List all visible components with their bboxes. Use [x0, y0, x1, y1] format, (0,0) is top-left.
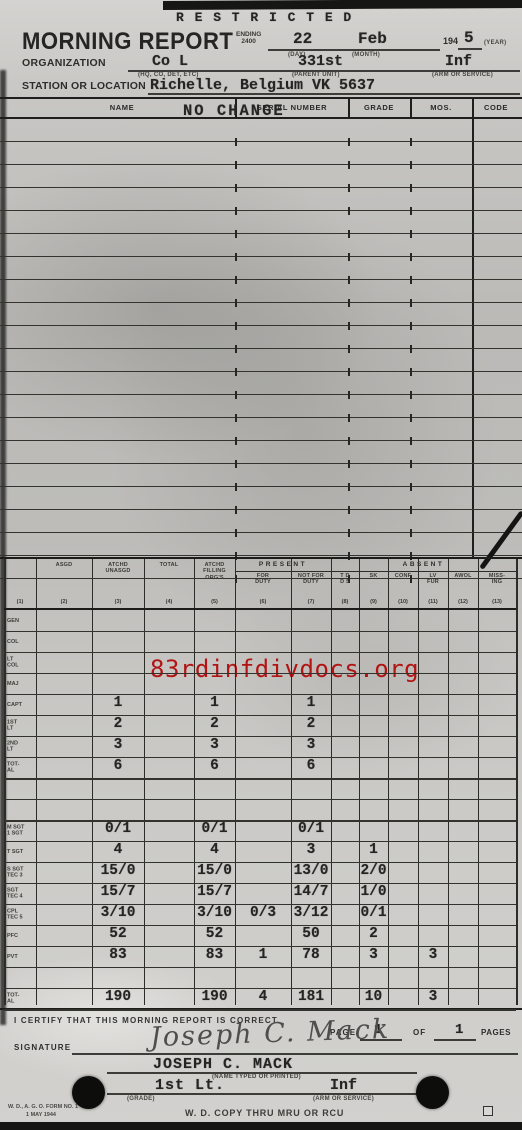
stats-column-label: T D D S [331, 573, 359, 586]
stats-cell-value: 1 [359, 842, 388, 859]
stats-cell-value: 2 [359, 926, 388, 943]
name-table-row [0, 142, 522, 165]
stats-cell-value: 3 [92, 737, 144, 754]
stats-cell-value: 78 [291, 947, 331, 964]
name-table-row [0, 464, 522, 487]
stats-row: PVT838317833 [4, 946, 516, 968]
stats-cell-value: 2 [92, 716, 144, 733]
stats-cell-value: 6 [194, 758, 235, 775]
col-header-grade: GRADE [364, 103, 394, 112]
stats-cell-value: 83 [92, 947, 144, 964]
stats-cell-value: 181 [291, 989, 331, 1006]
stats-row: GEN [4, 610, 516, 632]
stats-cell-value: 4 [235, 989, 291, 1006]
punch-hole-right [416, 1076, 449, 1109]
name-roster-table: NAME SERIAL NUMBER GRADE MOS. CODE [0, 97, 522, 579]
stats-row-label: M SGT 1 SGT [5, 824, 38, 837]
stats-cell-value: 52 [194, 926, 235, 943]
stats-cell-value: 190 [194, 989, 235, 1006]
stats-cell-value: 4 [92, 842, 144, 859]
morning-report-scan: R E S T R I C T E D MORNING REPORT ENDIN… [0, 0, 522, 1130]
stats-column-label: FOR DUTY [235, 573, 291, 586]
stats-column-label: ASGD [36, 562, 92, 568]
stats-cell-value: 50 [291, 926, 331, 943]
stats-column-label: AWOL [448, 573, 478, 579]
form-number-block: W. D., A. G. O. FORM NO. 1 1 MAY 1944 [8, 1103, 78, 1120]
stats-row: COL [4, 631, 516, 653]
stats-row-label: T SGT [5, 848, 38, 854]
stats-cell-value: 3 [359, 947, 388, 964]
column-divider [410, 99, 412, 117]
scan-top-edge [163, 0, 522, 10]
form-date: 1 MAY 1944 [8, 1111, 78, 1119]
year-rule [458, 48, 482, 50]
stats-row: LT COL [4, 652, 516, 674]
stats-cell-value: 52 [92, 926, 144, 943]
name-table-row [0, 533, 522, 556]
name-table-row [0, 441, 522, 464]
stats-column-number: (2) [36, 599, 92, 605]
organization-label: ORGANIZATION [22, 57, 106, 69]
name-table-row [0, 119, 522, 142]
name-table-row [0, 280, 522, 303]
stats-cell-value: 6 [291, 758, 331, 775]
col-header-mos: MOS. [430, 103, 452, 112]
stats-column-label: MISS- ING [478, 573, 516, 586]
year-label: (YEAR) [484, 40, 506, 46]
stats-row-label: GEN [5, 617, 38, 623]
stats-column-number: (6) [235, 599, 291, 605]
stats-column-label: TOTAL [144, 562, 194, 568]
name-table-row [0, 372, 522, 395]
station-label: STATION OR LOCATION [22, 80, 146, 92]
name-typed-label: (NAME TYPED OR PRINTED) [212, 1074, 301, 1080]
stats-row [4, 967, 516, 989]
registration-square [483, 1106, 493, 1116]
stats-cell-value: 3 [194, 737, 235, 754]
stats-row: S SGT TEC 315/015/013/02/0 [4, 862, 516, 884]
stats-cell-value: 0/1 [359, 905, 388, 922]
stats-row-label: CPL TEC 5 [5, 908, 38, 921]
stats-cell-value: 4 [194, 842, 235, 859]
stats-row: T SGT4431 [4, 841, 516, 863]
stats-row: TOT- AL1901904181103 [4, 988, 516, 1011]
stats-cell-value: 15/7 [194, 884, 235, 901]
col-header-code: CODE [484, 103, 508, 112]
name-table-row [0, 510, 522, 533]
stats-row-label: PVT [5, 953, 38, 959]
report-year-digit: 5 [464, 29, 474, 47]
stats-cell-value: 1 [194, 695, 235, 712]
stats-column-label: ATCHD UNASGD [92, 562, 144, 575]
stats-column-number: (10) [388, 599, 418, 605]
name-table-row [0, 349, 522, 372]
stats-cell-value: 3/10 [92, 905, 144, 922]
pages-number: 1 [455, 1022, 463, 1038]
stats-column-number: (3) [92, 599, 144, 605]
stats-cell-value: 83 [194, 947, 235, 964]
stats-cell-value: 6 [92, 758, 144, 775]
stats-column-number: (7) [291, 599, 331, 605]
footer-arm-label: (ARM OR SERVICE) [313, 1096, 374, 1102]
stats-column-label: ATCHD FILLING ORG'S [194, 562, 235, 581]
name-table-row [0, 418, 522, 441]
column-divider [348, 99, 350, 117]
year-prefix: 194 [443, 36, 458, 46]
stats-cell-value: 0/1 [291, 821, 331, 838]
stats-cell-value: 190 [92, 989, 144, 1006]
name-typed: JOSEPH C. MACK [153, 1056, 293, 1073]
stats-row-label: TOT- AL [5, 992, 38, 1005]
stats-column-number: (1) [4, 599, 36, 605]
stats-column-line [516, 559, 518, 1005]
stats-row-label: 2ND LT [5, 740, 38, 753]
stats-cell-value: 1 [92, 695, 144, 712]
column-divider [472, 99, 474, 117]
stats-cell-value: 2/0 [359, 863, 388, 880]
name-table-row [0, 303, 522, 326]
stats-row: TOT- AL666 [4, 757, 516, 780]
signature-rule [72, 1053, 518, 1055]
stats-cell-value: 3 [291, 737, 331, 754]
stats-group-header: ABSENT [331, 559, 516, 572]
col-header-name: NAME [110, 103, 134, 112]
stats-cell-value: 2 [291, 716, 331, 733]
stats-row: SGT TEC 415/715/714/71/0 [4, 883, 516, 905]
stats-cell-value: 14/7 [291, 884, 331, 901]
stats-cell-value: 15/0 [194, 863, 235, 880]
stats-cell-value: 0/3 [235, 905, 291, 922]
name-table-row [0, 326, 522, 349]
stats-row: 1ST LT222 [4, 715, 516, 737]
grade-label: (GRADE) [127, 1096, 155, 1102]
arm-of-service-label: (ARM OR SERVICE) [432, 72, 493, 78]
organization-value: Co L [152, 53, 188, 70]
report-day: 22 [293, 30, 312, 48]
stats-row: MAJ [4, 673, 516, 695]
name-table-row [0, 165, 522, 188]
name-table-row [0, 188, 522, 211]
stats-row-label: COL [5, 638, 38, 644]
name-table-body [0, 119, 522, 579]
copy-routing-note: W. D. COPY THRU MRU OR RCU [185, 1108, 344, 1118]
arm-of-service-value: Inf [445, 53, 472, 70]
stats-row-label: PFC [5, 932, 38, 938]
no-change-entry: NO CHANGE [183, 102, 285, 120]
stats-cell-value: 15/0 [92, 863, 144, 880]
stats-column-number: (4) [144, 599, 194, 605]
station-value: Richelle, Belgium VK 5637 [150, 77, 375, 94]
stats-row [4, 778, 516, 800]
stats-row-label: SGT TEC 4 [5, 887, 38, 900]
stats-row: M SGT 1 SGT0/10/10/1 [4, 820, 516, 842]
strength-stats-table: PRESENTABSENT(1)ASGD(2)ATCHD UNASGD(3)TO… [0, 557, 522, 1010]
stats-column-label: SK [359, 573, 388, 579]
stats-cell-value: 10 [359, 989, 388, 1006]
stats-cell-value: 1 [235, 947, 291, 964]
stats-cell-value: 13/0 [291, 863, 331, 880]
grade-value: 1st Lt. [155, 1077, 225, 1094]
month-label: (MONTH) [352, 52, 380, 58]
stats-row-label: 1ST LT [5, 719, 38, 732]
stats-cell-value: 1 [291, 695, 331, 712]
stats-cell-value: 3 [291, 842, 331, 859]
stats-cell-value: 3 [418, 989, 448, 1006]
stats-group-header: PRESENT [235, 559, 331, 572]
stats-column-number: (8) [331, 599, 359, 605]
name-table-row [0, 257, 522, 280]
stats-column-number: (9) [359, 599, 388, 605]
grade-rule [107, 1093, 417, 1095]
stats-column-label: LV FUR [418, 573, 448, 586]
report-month: Feb [358, 30, 387, 48]
stats-row: CPL TEC 53/103/100/33/120/1 [4, 904, 516, 926]
stats-cell-value: 3/12 [291, 905, 331, 922]
stats-cell-value: 0/1 [194, 821, 235, 838]
stats-cell-value: 1/0 [359, 884, 388, 901]
form-title: MORNING REPORT [22, 28, 233, 56]
date-rule [268, 49, 440, 51]
stats-column-number: (12) [448, 599, 478, 605]
of-label: OF [413, 1028, 426, 1037]
stats-row: PFC5252502 [4, 925, 516, 947]
stats-column-number: (11) [418, 599, 448, 605]
pages-rule [434, 1039, 476, 1041]
stats-cell-value: 0/1 [92, 821, 144, 838]
name-table-row [0, 395, 522, 418]
stats-column-label: CONF [388, 573, 418, 579]
footer-arm-value: Inf [330, 1077, 357, 1094]
stats-row-label: CAPT [5, 701, 38, 707]
stats-row: CAPT111 [4, 694, 516, 716]
stats-column-number: (13) [478, 599, 516, 605]
stats-cell-value: 3 [418, 947, 448, 964]
stats-row-label: LT COL [5, 656, 38, 669]
stats-cell-value: 15/7 [92, 884, 144, 901]
stats-column-number: (5) [194, 599, 235, 605]
name-table-row [0, 234, 522, 257]
signature-label: SIGNATURE [14, 1043, 71, 1052]
parent-unit-value: 331st [298, 53, 343, 70]
stats-row [4, 799, 516, 822]
stats-row-label: TOT- AL [5, 761, 38, 774]
name-table-row [0, 211, 522, 234]
stats-row-label: S SGT TEC 3 [5, 866, 38, 879]
stats-row: 2ND LT333 [4, 736, 516, 758]
stats-cell-value: 3/10 [194, 905, 235, 922]
stats-row-label: MAJ [5, 680, 38, 686]
name-table-row [0, 487, 522, 510]
ending-2400-label: ENDING2400 [236, 31, 261, 45]
stats-cell-value: 2 [194, 716, 235, 733]
scan-bottom-edge [0, 1122, 522, 1130]
classification-banner: R E S T R I C T E D [176, 10, 353, 25]
form-number: W. D., A. G. O. FORM NO. 1 [8, 1103, 78, 1111]
pages-label: PAGES [481, 1028, 511, 1037]
stats-column-label: NOT FOR DUTY [291, 573, 331, 586]
